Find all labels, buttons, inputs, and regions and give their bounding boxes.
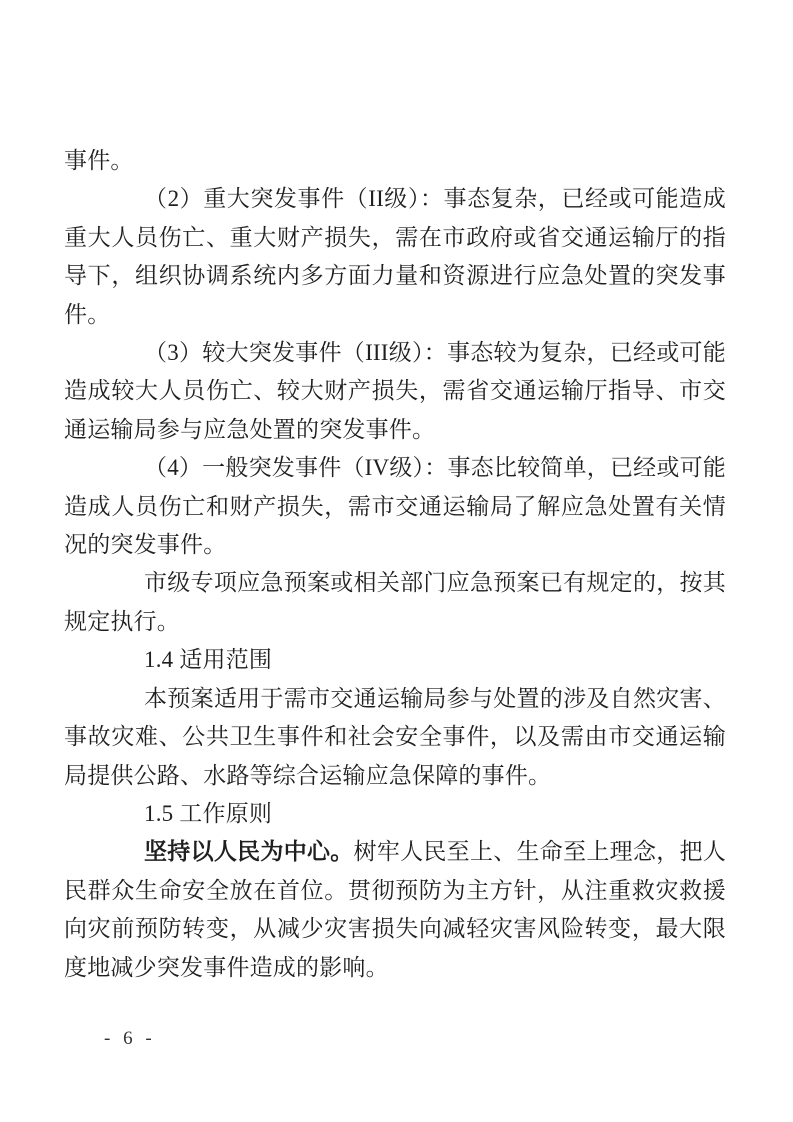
section-heading-1-4-scope: 1.4 适用范围 (64, 641, 726, 679)
paragraph-general-incident-level-iv: （4）一般突发事件（IV级）：事态比较简单，已经或可能造成人员伤亡和财产损失，需… (64, 449, 726, 564)
section-heading-1-5-principles: 1.5 工作原则 (64, 795, 726, 833)
page-footer: - 6 - (104, 1028, 156, 1050)
paragraph-continuation: 事件。 (64, 142, 726, 180)
paragraph-principles-lead-bold: 坚持以人民为中心。 (144, 839, 354, 864)
page-number: - 6 - (104, 1028, 156, 1049)
document-body: 事件。 （2）重大突发事件（II级）：事态复杂，已经或可能造成重大人员伤亡、重大… (64, 142, 726, 987)
paragraph-special-plan-note: 市级专项应急预案或相关部门应急预案已有规定的，按其规定执行。 (64, 564, 726, 641)
document-page: 事件。 （2）重大突发事件（II级）：事态复杂，已经或可能造成重大人员伤亡、重大… (0, 0, 793, 1122)
paragraph-major-incident-level-ii: （2）重大突发事件（II级）：事态复杂，已经或可能造成重大人员伤亡、重大财产损失… (64, 180, 726, 334)
paragraph-scope-description: 本预案适用于需市交通运输局参与处置的涉及自然灾害、事故灾难、公共卫生事件和社会安… (64, 680, 726, 795)
paragraph-principles: 坚持以人民为中心。树牢人民至上、生命至上理念，把人民群众生命安全放在首位。贯彻预… (64, 833, 726, 987)
paragraph-larger-incident-level-iii: （3）较大突发事件（III级）：事态较为复杂，已经或可能造成较大人员伤亡、较大财… (64, 334, 726, 449)
